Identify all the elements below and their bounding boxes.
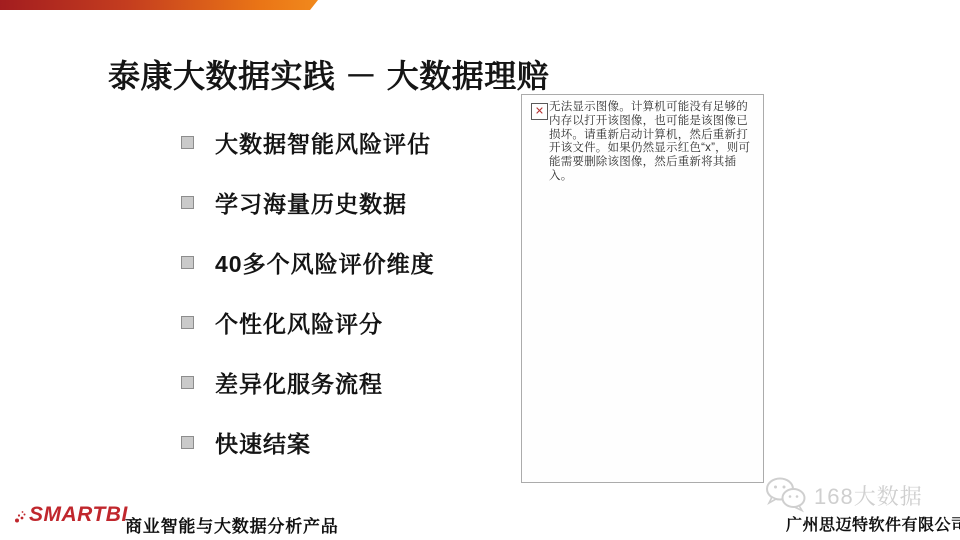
watermark-text: 168大数据 [814, 480, 923, 511]
slide: { "slide": { "title": "泰康大数据实践 － 大数据理赔",… [0, 0, 960, 540]
red-x-glyph: ✕ [535, 106, 544, 117]
bullet-label: 大数据智能风险评估 [215, 126, 431, 159]
bullet-label: 学习海量历史数据 [215, 186, 407, 219]
bullet-list: 大数据智能风险评估 学习海量历史数据 40多个风险评价维度 个性化风险评分 差异… [181, 112, 435, 472]
list-item: 快速结案 [181, 412, 435, 472]
wechat-icon [764, 476, 808, 514]
page-title: 泰康大数据实践 － 大数据理赔 [108, 59, 549, 93]
logo-wordmark: SMARTBI [29, 504, 128, 525]
bullet-square-icon [181, 136, 194, 149]
bullet-label: 40多个风险评价维度 [215, 246, 435, 279]
broken-image-error-text: 无法显示图像。计算机可能没有足够的 内存以打开该图像，也可能是该图像已 损坏。请… [549, 101, 762, 184]
footer-company: 广州思迈特软件有限公司 [786, 512, 960, 535]
list-item: 大数据智能风险评估 [181, 112, 435, 172]
bullet-square-icon [181, 256, 194, 269]
bullet-label: 快速结案 [215, 426, 311, 459]
accent-bar [0, 0, 318, 10]
broken-image-red-x-icon: ✕ [531, 103, 548, 120]
watermark: 168大数据 [764, 476, 923, 514]
bullet-square-icon [181, 196, 194, 209]
broken-image-placeholder: ✕ 无法显示图像。计算机可能没有足够的 内存以打开该图像，也可能是该图像已 损坏… [521, 94, 764, 483]
list-item: 个性化风险评分 [181, 292, 435, 352]
bullet-square-icon [181, 316, 194, 329]
list-item: 40多个风险评价维度 [181, 232, 435, 292]
bullet-square-icon [181, 376, 194, 389]
bullet-square-icon [181, 436, 194, 449]
list-item: 学习海量历史数据 [181, 172, 435, 232]
bullet-label: 个性化风险评分 [215, 306, 383, 339]
bullet-label: 差异化服务流程 [215, 366, 383, 399]
list-item: 差异化服务流程 [181, 352, 435, 412]
logo-dots-icon [14, 509, 27, 523]
smartbi-logo: SMARTBI [14, 504, 128, 525]
footer-tagline: 商业智能与大数据分析产品 [125, 512, 339, 537]
